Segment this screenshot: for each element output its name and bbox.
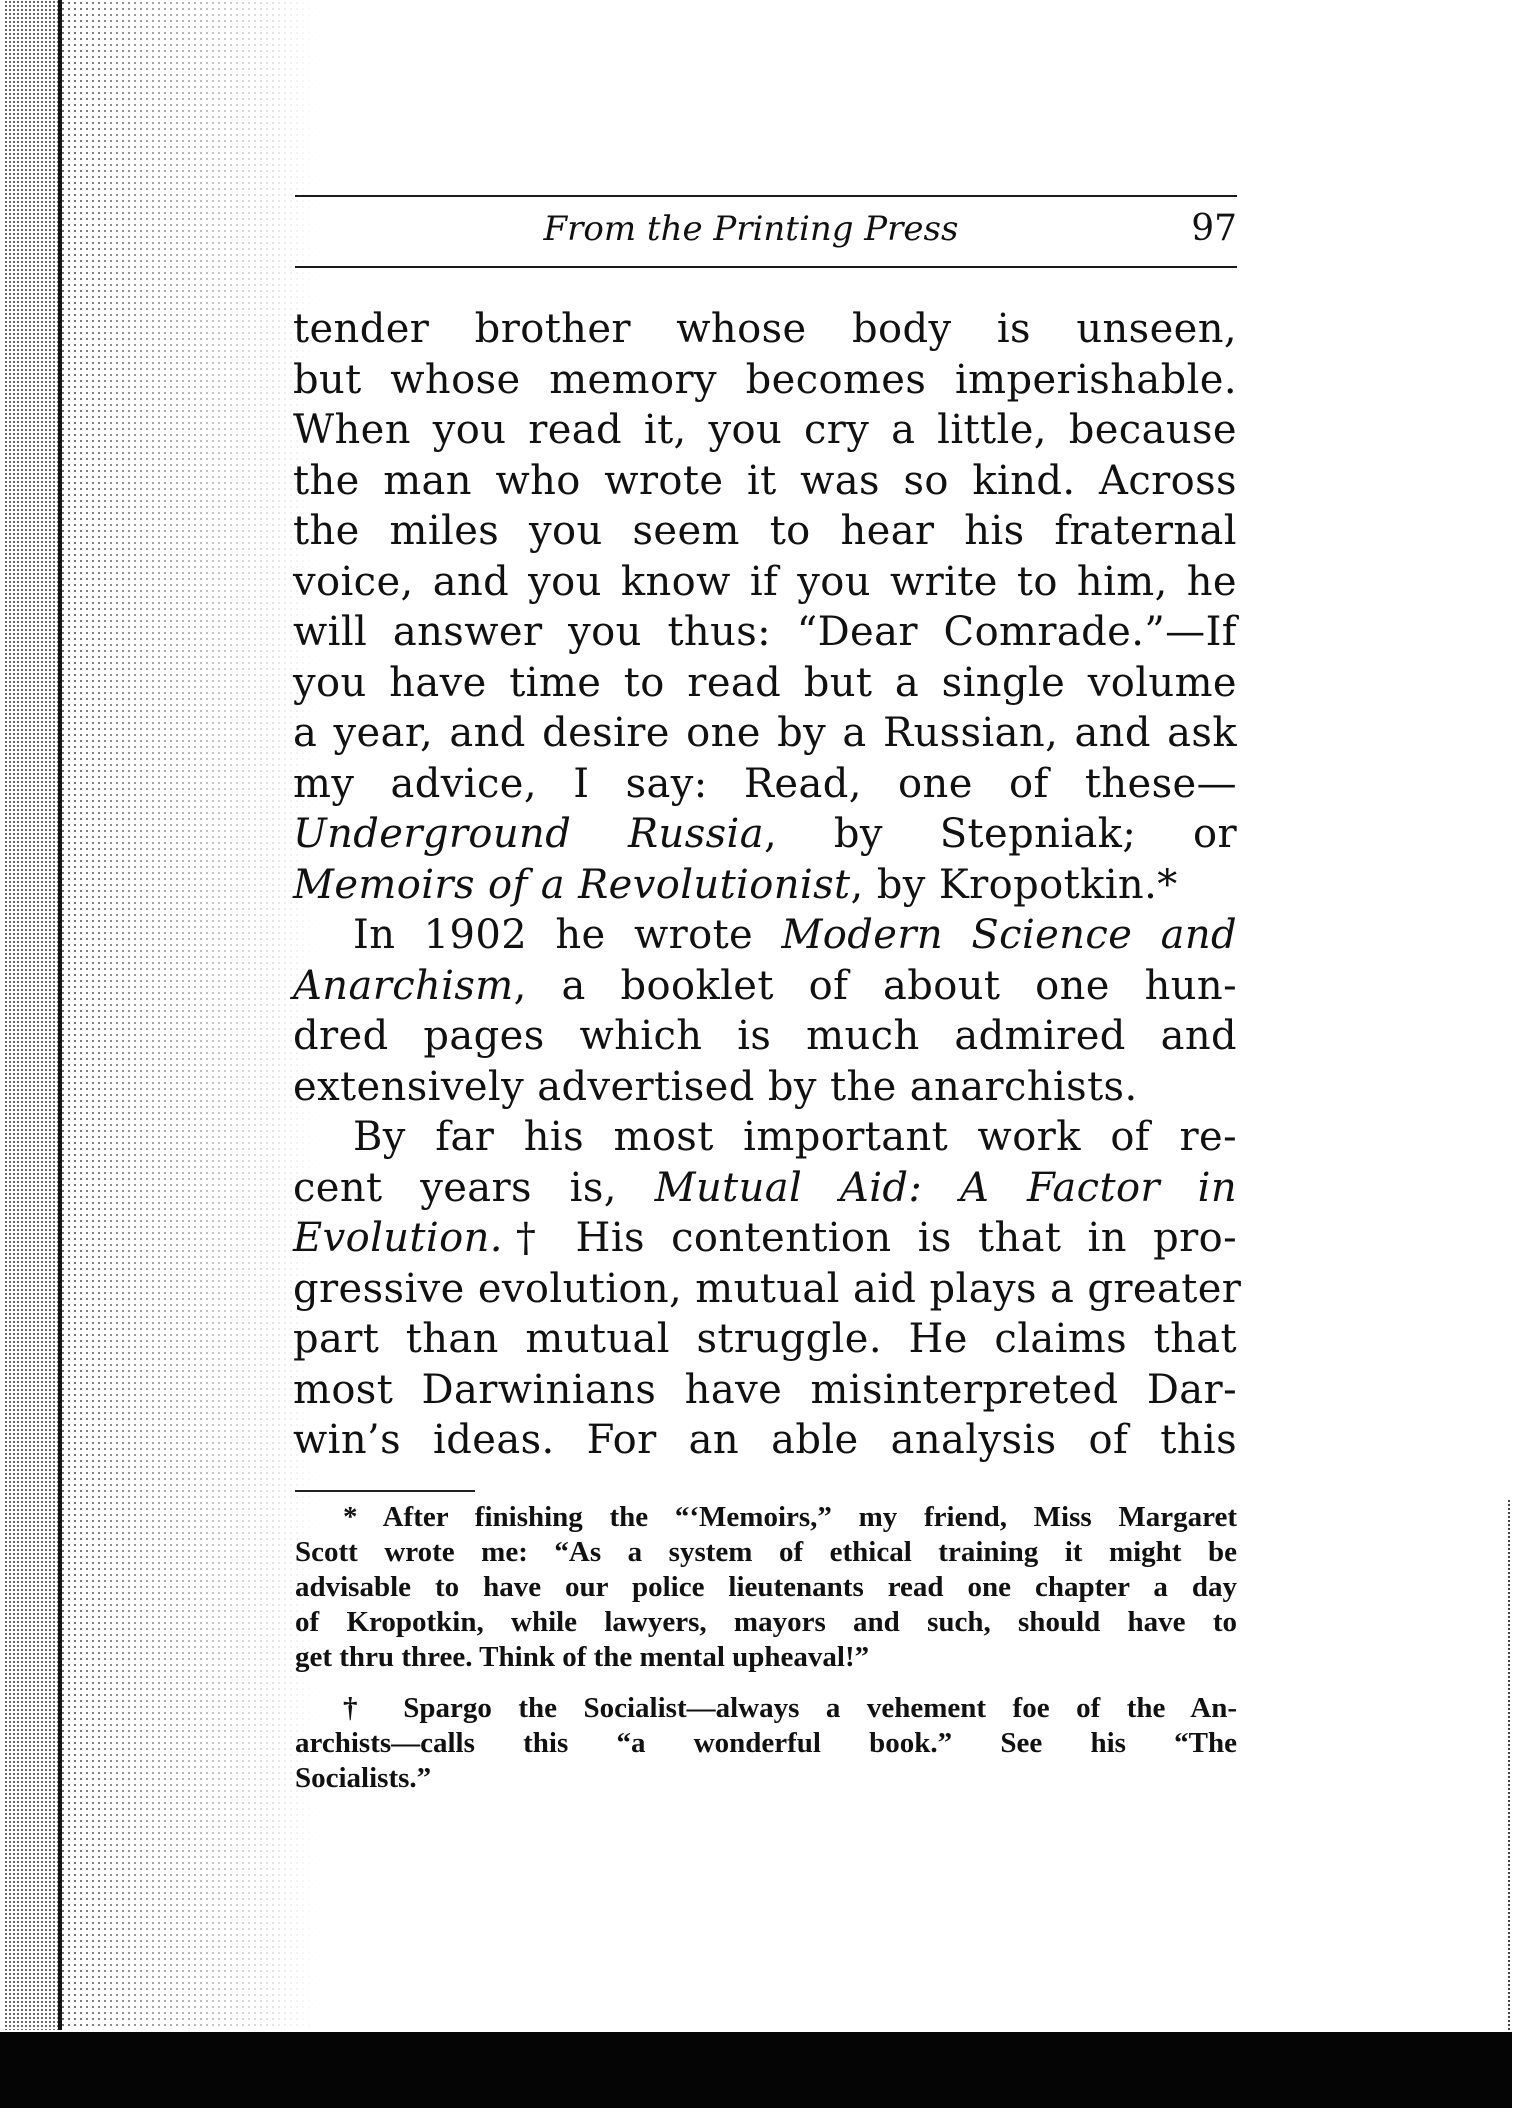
footnote-rule [295, 1490, 475, 1492]
body-line: voice, and you know if you write to him,… [293, 557, 1237, 607]
binding-gutter-line [58, 0, 62, 2030]
text-run: , by Stepniak; or [764, 811, 1237, 857]
body-line: tender brother whose body is unseen, [293, 304, 1237, 354]
binding-gutter-stipple [4, 0, 60, 2030]
body-line: win’s ideas. For an able analysis of thi… [293, 1415, 1237, 1465]
body-line: In 1902 he wrote Modern Science and [293, 910, 1237, 960]
body-line: part than mutual struggle. He claims tha… [293, 1314, 1237, 1364]
header-bottom-rule [295, 266, 1237, 268]
body-line: Memoirs of a Revolutionist, by Kropotkin… [293, 860, 1237, 910]
text-run: cent years is, [293, 1165, 655, 1211]
body-line: cent years is, Mutual Aid: A Factor in [293, 1163, 1237, 1213]
body-line: most Darwinians have misinterpreted Dar- [293, 1365, 1237, 1415]
text-run: a year, and desire one by a Russian, and… [293, 710, 1237, 756]
body-line: a year, and desire one by a Russian, and… [293, 708, 1237, 758]
body-line: the man who wrote it was so kind. Across [293, 456, 1237, 506]
text-run: † His contention is that in pro- [503, 1215, 1237, 1261]
text-run: gressive evolution, mutual aid plays a g… [293, 1266, 1241, 1312]
body-line: Evolution.† His contention is that in pr… [293, 1213, 1237, 1263]
body-line: extensively advertised by the anarchists… [293, 1062, 1237, 1112]
book-title: Modern Science and [781, 912, 1237, 958]
body-line: will answer you thus: “Dear Comrade.”—If [293, 607, 1237, 657]
text-run: , a booklet of about one hun- [514, 963, 1237, 1009]
book-title: Mutual Aid: A Factor in [655, 1165, 1237, 1211]
book-title: Evolution. [293, 1215, 503, 1261]
footnote-line: archists—calls this “a wonderful book.” … [295, 1726, 1237, 1761]
text-run: you have time to read but a single volum… [293, 660, 1237, 706]
text-run: most Darwinians have misinterpreted Dar- [293, 1367, 1237, 1413]
footnote-line: of Kropotkin, while lawyers, mayors and … [295, 1605, 1237, 1640]
body-line: gressive evolution, mutual aid plays a g… [293, 1264, 1237, 1314]
footnote-line: † Spargo the Socialist—always a vehement… [295, 1691, 1237, 1726]
binding-gutter-shadow [60, 0, 320, 2030]
text-run: extensively advertised by the anarchists… [293, 1064, 1138, 1110]
body-line: you have time to read but a single volum… [293, 658, 1237, 708]
book-title: Anarchism [293, 963, 514, 1009]
book-title: Underground Russia [293, 811, 764, 857]
text-run: , by Kropotkin.* [851, 862, 1178, 908]
scan-bottom-band [0, 2032, 1512, 2108]
text-run: part than mutual struggle. He claims tha… [293, 1316, 1237, 1362]
text-run: the man who wrote it was so kind. Across [293, 458, 1237, 504]
running-title: From the Printing Press [295, 207, 1237, 251]
book-title: Memoirs of a Revolutionist [293, 862, 851, 908]
text-run: the miles you seem to hear his fraternal [293, 508, 1237, 554]
text-run: voice, and you know if you write to him,… [293, 559, 1237, 605]
text-run: By far his most important work of re- [353, 1114, 1237, 1160]
text-run: win’s ideas. For an able analysis of thi… [293, 1417, 1237, 1463]
footnote-line: get thru three. Think of the mental uphe… [295, 1640, 1237, 1675]
text-run: tender brother whose body is unseen, [293, 306, 1237, 352]
body-line: By far his most important work of re- [293, 1112, 1237, 1162]
body-line: my advice, I say: Read, one of these— [293, 759, 1237, 809]
footnote-line: Socialists.” [295, 1761, 1237, 1796]
text-run: will answer you thus: “Dear Comrade.”—If [293, 609, 1237, 655]
body-line: the miles you seem to hear his fraternal [293, 506, 1237, 556]
footnote-line: Scott wrote me: “As a system of ethical … [295, 1535, 1237, 1570]
body-line: Anarchism, a booklet of about one hun- [293, 961, 1237, 1011]
text-run: dred pages which is much admired and [293, 1013, 1237, 1059]
body-line: dred pages which is much admired and [293, 1011, 1237, 1061]
body-line: but whose memory becomes imperishable. [293, 355, 1237, 405]
text-run: In 1902 he wrote [353, 912, 781, 958]
footnote-line: advisable to have our police lieutenants… [295, 1570, 1237, 1605]
text-run: but whose memory becomes imperishable. [293, 357, 1237, 403]
body-line: When you read it, you cry a little, beca… [293, 405, 1237, 455]
text-run: When you read it, you cry a little, beca… [293, 407, 1237, 453]
page-number: 97 [1140, 207, 1237, 251]
body-line: Underground Russia, by Stepniak; or [293, 809, 1237, 859]
text-run: my advice, I say: Read, one of these— [293, 761, 1237, 807]
header-top-rule [295, 195, 1237, 197]
page-right-edge [1508, 1500, 1510, 2040]
footnote-line: * After finishing the “‘Memoirs,” my fri… [295, 1500, 1237, 1535]
